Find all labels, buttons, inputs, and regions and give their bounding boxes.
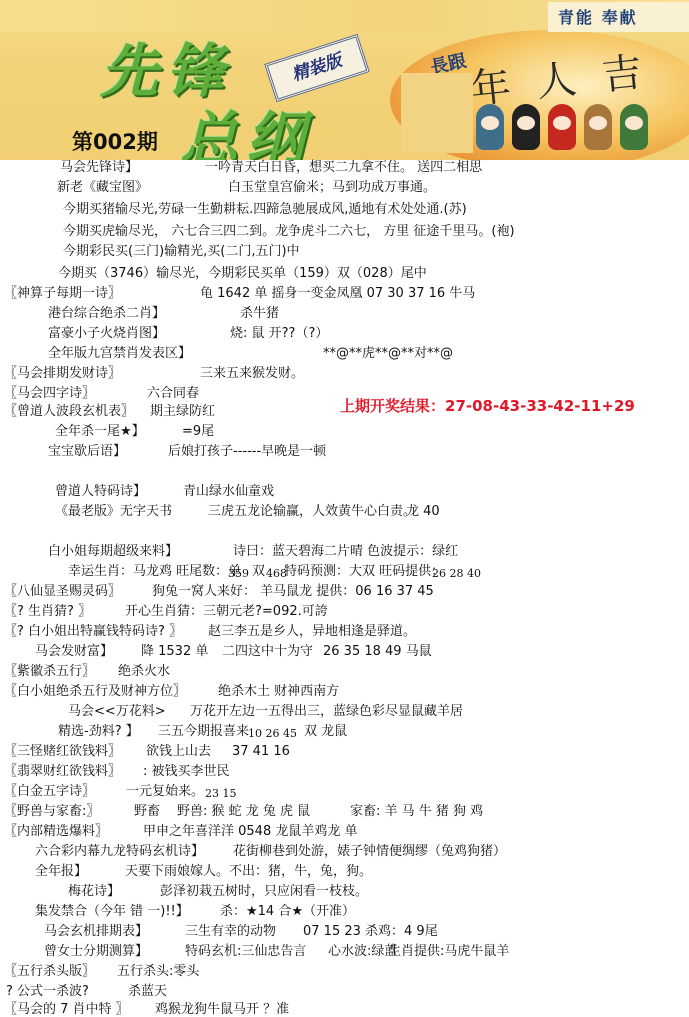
line-value: 彭泽初栽五树时，只应闲看一枝枝。 bbox=[160, 884, 368, 900]
line-value: =9尾 bbox=[182, 424, 214, 440]
line-value: 双 bbox=[252, 564, 265, 580]
line-label: 〖野兽与家畜:〗 bbox=[4, 804, 99, 820]
line-label: 〖曾道人波段玄机表〗 bbox=[4, 404, 134, 420]
line-label: 〖马会的 7 肖中特 〗 bbox=[4, 1002, 129, 1017]
line-label: 梅花诗】 bbox=[68, 884, 120, 900]
line-label: 今期买虎输尽光， 六七合三四二到。龙争虎斗二六七， 方里 征途千里马。(袍) bbox=[63, 224, 515, 240]
line-value: 家畜: 羊 马 牛 猪 狗 鸡 bbox=[350, 804, 483, 820]
line-label: 马会玄机排期表】 bbox=[44, 924, 148, 940]
line-value: 26 28 40 bbox=[432, 566, 481, 582]
deluxe-edition-tag: 精装版 bbox=[264, 34, 370, 102]
line-label: 〖马会排期发财诗〗 bbox=[4, 366, 121, 382]
line-value: 野畜 bbox=[134, 804, 160, 820]
line-label: 《最老版》无字天书 bbox=[55, 504, 172, 520]
line-label: 〖白小姐绝杀五行及财神方位〗 bbox=[4, 684, 186, 700]
line-value: 赵三李五是乡人，异地相逢是驿道。 bbox=[208, 624, 416, 640]
line-value: 07 15 23 杀鸡：4 9尾 bbox=[303, 924, 438, 940]
line-label: 集发禁合（今年 错 一)!!】 bbox=[35, 904, 189, 920]
line-label: 〖三怪赌红欲钱料〗 bbox=[4, 744, 121, 760]
line-value: 欲钱上山去 bbox=[146, 744, 211, 760]
line-label: 白小姐每期超级来料】 bbox=[48, 544, 178, 560]
line-value: 三五今期报喜来 bbox=[158, 724, 249, 740]
mascot-icon bbox=[548, 104, 576, 150]
line-value: 万花开左边一五得出三，蓝绿色彩尽显鼠藏羊居 bbox=[190, 704, 463, 720]
line-value: 双 龙鼠 bbox=[304, 724, 347, 740]
line-label: 曾女士分期测算】 bbox=[44, 944, 148, 960]
line-value: 一元复始来。 bbox=[126, 784, 204, 800]
mascot-icon bbox=[620, 104, 648, 150]
last-draw-label: 上期开奖结果： bbox=[340, 397, 445, 415]
line-label: 新老《藏宝图》 bbox=[57, 180, 148, 196]
line-value: 26 35 18 49 马鼠 bbox=[323, 644, 432, 660]
line-label: 〖八仙显圣赐灵码〗 bbox=[4, 584, 121, 600]
line-label: 港台综合绝杀二肖】 bbox=[48, 306, 165, 322]
line-value: 五行杀头:零头 bbox=[117, 964, 199, 980]
last-draw-result: 上期开奖结果：27-08-43-33-42-11+29 bbox=[340, 398, 635, 414]
mascot-icon bbox=[476, 104, 504, 150]
line-value: 野兽: 猴 蛇 龙 兔 虎 鼠 bbox=[177, 804, 310, 820]
line-label: 曾道人特码诗】 bbox=[55, 484, 146, 500]
line-value: 特码预测：大双 旺码提供： bbox=[284, 564, 444, 580]
line-label: 精选-劲料? 】 bbox=[58, 724, 139, 740]
line-value: 龟 1642 单 摇身一变金凤凰 07 30 37 16 牛马 bbox=[200, 286, 475, 302]
line-label: 马会先锋诗】 bbox=[60, 160, 138, 176]
line-label: 全年杀一尾★】 bbox=[55, 424, 145, 440]
line-value: 杀：★14 合★（开准） bbox=[220, 904, 355, 920]
line-value: 花街柳巷到处游，婊子钟情便绸缪（兔鸡狗猪） bbox=[233, 844, 506, 860]
line-label: 〖马会四字诗〗 bbox=[4, 386, 95, 402]
line-value: 降 1532 单 bbox=[141, 644, 208, 660]
header-banner: 青能 奉献 先锋 总纲 精装版 第002期 長跟 年人吉 bbox=[0, 0, 689, 160]
line-value: **@**虎**@**对**@ bbox=[323, 346, 453, 362]
line-label: 六合彩内幕九龙特码玄机诗】 bbox=[35, 844, 204, 860]
line-label: ? 公式一杀波? bbox=[6, 984, 89, 1000]
line-label: 今期买猪输尽光,劳碌一生勤耕耘.四蹄急驰展成风,遁地有术处处通.(苏) bbox=[63, 202, 467, 218]
line-value: 生肖提供:马虎牛鼠羊 bbox=[388, 944, 509, 960]
line-value: 龙 40 bbox=[406, 504, 440, 520]
line-value: : 被钱买李世民 bbox=[143, 764, 230, 780]
line-label: 马会<<万花料> bbox=[68, 704, 166, 720]
title-line-2: 总纲 bbox=[180, 92, 312, 160]
mascot-icon bbox=[584, 104, 612, 150]
line-label: 〖翡翠财红欲钱料〗 bbox=[4, 764, 121, 780]
line-label: 富豪小子火烧肖图】 bbox=[48, 326, 165, 342]
line-label: 今期买（3746）输尽光，今期彩民买单（159）双（028）尾中 bbox=[58, 266, 427, 282]
line-value: 杀牛猪 bbox=[240, 306, 279, 322]
line-value: 鸡猴龙狗牛鼠马开 ？准 bbox=[155, 1002, 289, 1017]
line-value: 青山绿水仙童戏 bbox=[183, 484, 274, 500]
line-value: 甲申之年喜洋洋 0548 龙鼠羊鸡龙 单 bbox=[143, 824, 357, 840]
line-value: 37 41 16 bbox=[232, 744, 290, 760]
sponsor-text: 青能 奉献 bbox=[558, 5, 638, 28]
line-value: 烧: 鼠 开??（?） bbox=[230, 326, 328, 342]
line-label: 宝宝歇后语】 bbox=[48, 444, 126, 460]
line-value: 三虎五龙论输赢，人效黄牛心白责。 bbox=[208, 504, 416, 520]
line-value: 359 bbox=[228, 566, 249, 582]
issue-number: 第002期 bbox=[72, 126, 158, 156]
line-label: 〖五行杀头版〗 bbox=[4, 964, 95, 980]
line-value: 23 15 bbox=[205, 786, 237, 802]
line-label: 马会发财富】 bbox=[35, 644, 113, 660]
line-value: 期主绿防红 bbox=[150, 404, 215, 420]
line-value: 三生有幸的动物 bbox=[185, 924, 276, 940]
line-label: 今期彩民买(三门)输精光,买(二门,五门)中 bbox=[63, 244, 300, 260]
line-value: 三来五来猴发财。 bbox=[200, 366, 304, 382]
line-value: 绝杀火水 bbox=[118, 664, 170, 680]
line-value: 诗曰：蓝天碧海二片晴 色波提示：绿红 bbox=[233, 544, 458, 560]
line-label: 幸运生肖：马龙鸡 旺尾数：单 bbox=[68, 564, 241, 580]
blank-patch bbox=[401, 73, 473, 153]
line-label: 〖神算子每期一诗〗 bbox=[4, 286, 121, 302]
line-value: 天要下雨娘嫁人。不出：猪，牛，兔，狗。 bbox=[125, 864, 372, 880]
line-label: 〖白金五字诗〗 bbox=[4, 784, 95, 800]
line-value: 绝杀木土 财神西南方 bbox=[218, 684, 339, 700]
line-value: 杀蓝天 bbox=[128, 984, 167, 1000]
line-label: 〖紫徽杀五行〗 bbox=[4, 664, 95, 680]
line-value: 白玉堂皇宫偷米；马到功成万事通。 bbox=[228, 180, 436, 196]
line-value: 二四这中十为守 bbox=[222, 644, 313, 660]
line-value: 特码玄机:三仙忠告言 bbox=[185, 944, 306, 960]
line-value: 心水波:绿蓝 bbox=[328, 944, 397, 960]
line-label: 〖? 生肖猜? 〗 bbox=[4, 604, 91, 620]
line-label: 〖内部精选爆料〗 bbox=[4, 824, 108, 840]
line-value: 开心生肖猜：三朝元老?=092.可誇 bbox=[125, 604, 328, 620]
line-value: 六合同春 bbox=[147, 386, 199, 402]
last-draw-numbers: 27-08-43-33-42-11+29 bbox=[445, 397, 635, 415]
line-value: 狗兔一窝人来好： 羊马鼠龙 提供：06 16 37 45 bbox=[152, 584, 434, 600]
line-value: 一吟青天白日昏，想买二九拿不住。 送四二相思 bbox=[205, 160, 482, 176]
line-value: 后娘打孩子------早晚是一顿 bbox=[168, 444, 326, 460]
line-value: 10 26 45 bbox=[248, 726, 297, 742]
mascot-icon bbox=[512, 104, 540, 150]
line-label: 全年版九宫禁肖发表区】 bbox=[48, 346, 191, 362]
line-label: 全年报】 bbox=[35, 864, 87, 880]
line-label: 〖? 白小姐出特赢钱特码诗? 〗 bbox=[4, 624, 182, 640]
